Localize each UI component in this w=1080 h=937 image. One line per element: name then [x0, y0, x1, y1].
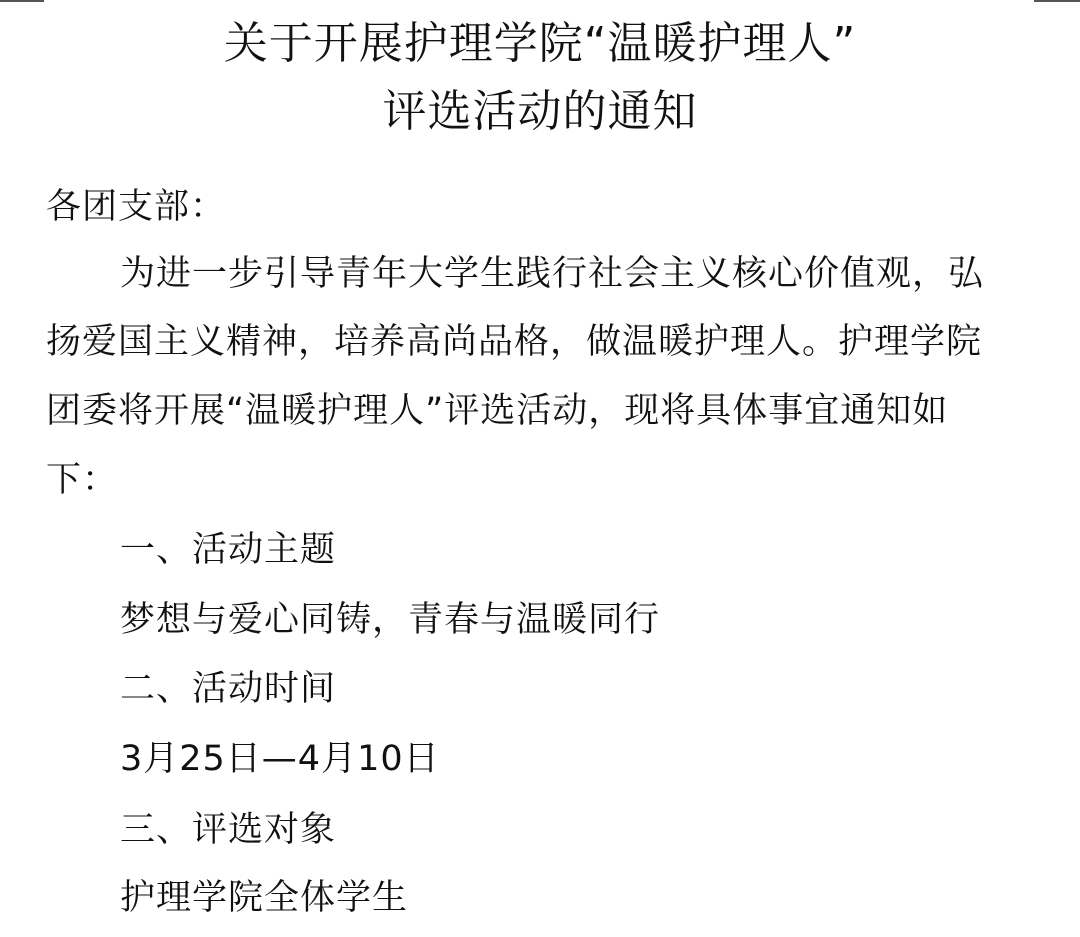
intro-line-3: 团委将开展“温暖护理人”评选活动，现将具体事宜通知如	[46, 389, 948, 433]
section-content-target: 护理学院全体学生	[120, 876, 408, 920]
section-heading-time: 二、活动时间	[120, 667, 336, 711]
section-heading-theme: 一、活动主题	[120, 528, 336, 572]
intro-line-2: 扬爱国主义精神，培养高尚品格，做温暖护理人。护理学院	[46, 320, 982, 364]
intro-line-4: 下：	[46, 458, 118, 502]
section-content-time: 3月25日—4月10日	[120, 737, 440, 781]
salutation: 各团支部：	[46, 185, 226, 229]
intro-line-1: 为进一步引导青年大学生践行社会主义核心价值观，弘	[120, 252, 984, 296]
top-left-edge-line	[0, 0, 44, 2]
section-content-theme: 梦想与爱心同铸，青春与温暖同行	[120, 598, 660, 642]
section-heading-target: 三、评选对象	[120, 808, 336, 852]
top-right-edge-line	[1034, 0, 1080, 2]
title-line-1: 关于开展护理学院“温暖护理人”	[0, 16, 1080, 72]
title-line-2: 评选活动的通知	[0, 84, 1080, 140]
